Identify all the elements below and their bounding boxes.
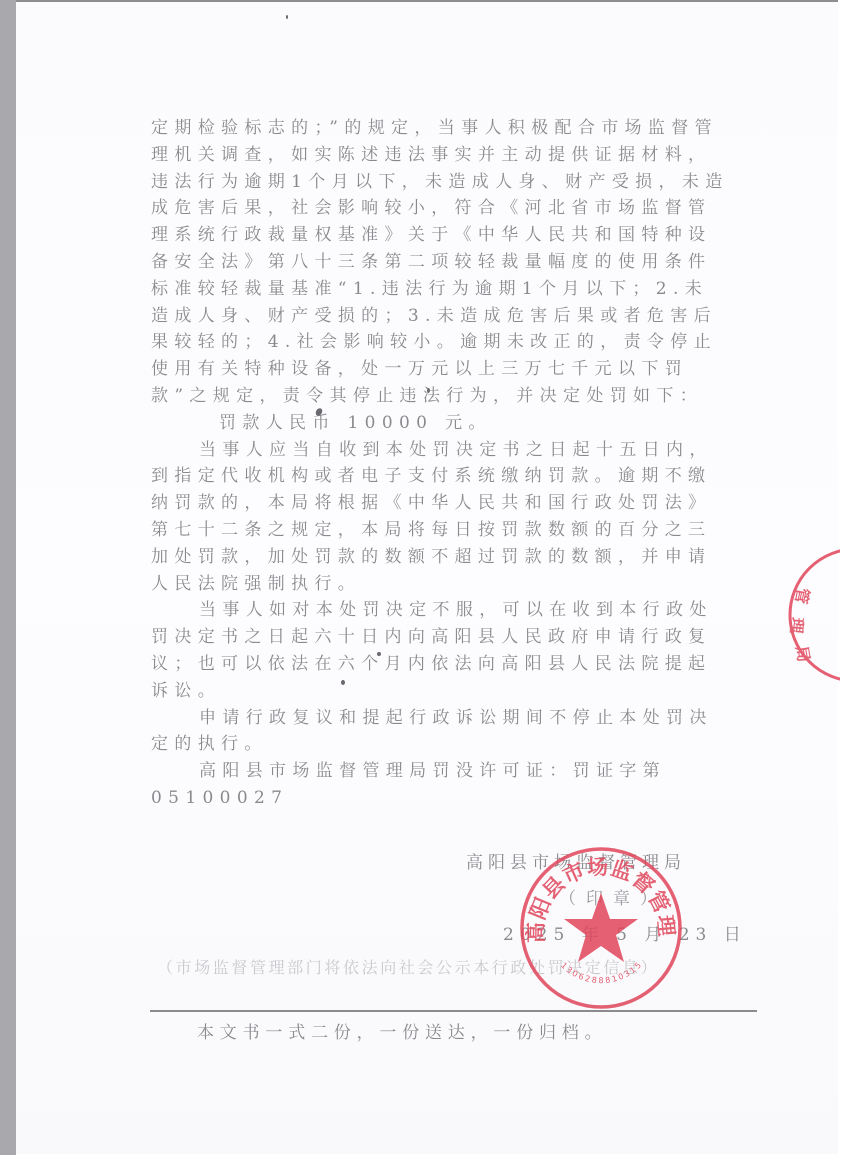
scan-speck	[341, 680, 345, 685]
cross-page-seal-icon: 管 理 局	[776, 545, 840, 685]
paragraph-execution-note: 申请行政复议和提起行政诉讼期间不停止本处罚决定的执行。	[151, 705, 731, 759]
scan-speck	[377, 652, 381, 656]
paragraph-appeal-rights: 当事人如对本处罚决定不服，可以在收到本行政处罚决定书之日起六十日内向高阳县人民政…	[151, 597, 731, 704]
copies-footnote: 本文书一式二份，一份送达，一份归档。	[197, 1018, 607, 1043]
scanner-edge-shadow	[0, 0, 16, 1155]
paragraph-payment-terms: 当事人应当自收到本处罚决定书之日起十五日内，到指定代收机构或者电子支付系统缴纳罚…	[151, 437, 731, 598]
svg-text:局: 局	[792, 644, 813, 663]
scan-speck	[286, 15, 288, 19]
document-body: 定期检验标志的；”的规定，当事人积极配合市场监督管理机关调查，如实陈述违法事实并…	[151, 115, 731, 812]
svg-text:1306288810315: 1306288810315	[559, 959, 644, 985]
svg-text:理: 理	[787, 617, 807, 636]
paragraph-fine-amount: 罚款人民币 10000 元。	[151, 410, 731, 437]
scan-speck	[427, 388, 430, 393]
paragraph-legal-basis: 定期检验标志的；”的规定，当事人积极配合市场监督管理机关调查，如实陈述违法事实并…	[151, 115, 731, 410]
paragraph-permit-number: 高阳县市场监督管理局罚没许可证：罚证字第 05100027	[151, 758, 731, 812]
scanned-document: 定期检验标志的；”的规定，当事人积极配合市场监督管理机关调查，如实陈述违法事实并…	[0, 0, 850, 1169]
svg-text:管: 管	[791, 586, 812, 605]
official-seal-icon: 高阳县市场监督管理局 1306288810315	[518, 845, 684, 1011]
